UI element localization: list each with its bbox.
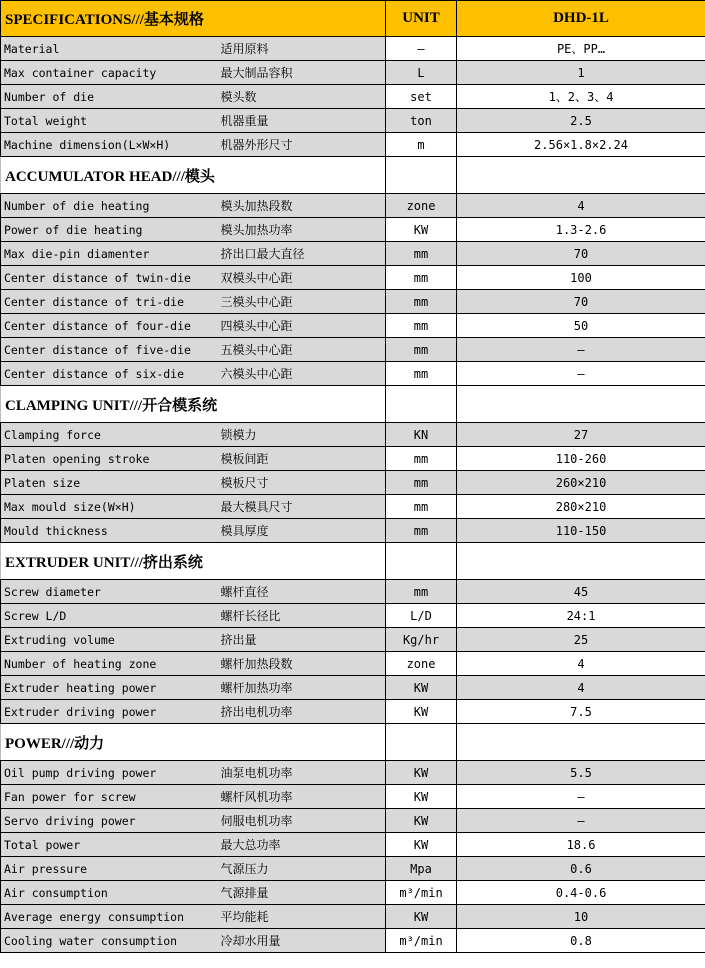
section-title: CLAMPING UNIT///开合模系统	[1, 386, 386, 423]
param-name-en: Platen size	[1, 471, 219, 495]
unit-cell: m	[386, 133, 457, 157]
param-name-en: Extruder driving power	[1, 700, 219, 724]
unit-cell	[386, 157, 457, 194]
param-name-zh: 五模头中心距	[219, 338, 386, 362]
unit-cell: KW	[386, 905, 457, 929]
model-header: DHD-1L	[457, 1, 705, 37]
value-cell	[457, 386, 705, 423]
table-row: Number of die模头数set1、2、3、4	[1, 85, 705, 109]
section-title: POWER///动力	[1, 724, 386, 761]
table-row: Material适用原料—PE、PP…	[1, 37, 705, 61]
table-row: Max die-pin diamenter挤出口最大直径mm70	[1, 242, 705, 266]
table-row: Machine dimension(L×W×H)机器外形尺寸m2.56×1.8×…	[1, 133, 705, 157]
param-name-en: Average energy consumption	[1, 905, 219, 929]
table-row: Clamping force锁模力KN27	[1, 423, 705, 447]
param-name-en: Center distance of five-die	[1, 338, 219, 362]
param-name-en: Platen opening stroke	[1, 447, 219, 471]
table-row: Max container capacity最大制品容积L1	[1, 61, 705, 85]
param-name-en: Number of heating zone	[1, 652, 219, 676]
unit-cell: —	[386, 37, 457, 61]
param-name-zh: 伺服电机功率	[219, 809, 386, 833]
value-cell: 4	[457, 652, 705, 676]
unit-cell	[386, 543, 457, 580]
unit-cell: zone	[386, 652, 457, 676]
param-name-en: Machine dimension(L×W×H)	[1, 133, 219, 157]
unit-cell: KW	[386, 785, 457, 809]
value-cell: 10	[457, 905, 705, 929]
table-row: Average energy consumption平均能耗KW10	[1, 905, 705, 929]
unit-cell: mm	[386, 362, 457, 386]
table-row: Center distance of four-die四模头中心距mm50	[1, 314, 705, 338]
param-name-zh: 螺杆长径比	[219, 604, 386, 628]
value-cell: 27	[457, 423, 705, 447]
param-name-en: Number of die	[1, 85, 219, 109]
value-cell: —	[457, 362, 705, 386]
table-row: Center distance of six-die六模头中心距mm—	[1, 362, 705, 386]
value-cell: 24:1	[457, 604, 705, 628]
param-name-en: Screw diameter	[1, 580, 219, 604]
param-name-en: Material	[1, 37, 219, 61]
value-cell: 0.6	[457, 857, 705, 881]
value-cell: 7.5	[457, 700, 705, 724]
unit-header: UNIT	[386, 1, 457, 37]
value-cell: 25	[457, 628, 705, 652]
table-row: Center distance of twin-die双模头中心距mm100	[1, 266, 705, 290]
value-cell: —	[457, 338, 705, 362]
param-name-zh: 模板尺寸	[219, 471, 386, 495]
table-row: Center distance of tri-die三模头中心距mm70	[1, 290, 705, 314]
unit-cell: KW	[386, 218, 457, 242]
table-row: Servo driving power伺服电机功率KW—	[1, 809, 705, 833]
value-cell: 45	[457, 580, 705, 604]
value-cell: 100	[457, 266, 705, 290]
value-cell: 280×210	[457, 495, 705, 519]
unit-cell: mm	[386, 242, 457, 266]
unit-cell: mm	[386, 314, 457, 338]
unit-cell: set	[386, 85, 457, 109]
unit-cell: ton	[386, 109, 457, 133]
section-header-row: ACCUMULATOR HEAD///模头	[1, 157, 705, 194]
unit-cell: Mpa	[386, 857, 457, 881]
param-name-zh: 挤出量	[219, 628, 386, 652]
param-name-en: Power of die heating	[1, 218, 219, 242]
header-row: SPECIFICATIONS///基本规格 UNIT DHD-1L	[1, 1, 705, 37]
param-name-zh: 锁模力	[219, 423, 386, 447]
value-cell: —	[457, 809, 705, 833]
unit-cell: m³/min	[386, 881, 457, 905]
table-row: Total weight机器重量ton2.5	[1, 109, 705, 133]
param-name-en: Cooling water consumption	[1, 929, 219, 953]
value-cell: 4	[457, 194, 705, 218]
param-name-en: Total power	[1, 833, 219, 857]
table-row: Max mould size(W×H)最大模具尺寸mm280×210	[1, 495, 705, 519]
table-row: Air consumption气源排量m³/min0.4-0.6	[1, 881, 705, 905]
param-name-en: Center distance of twin-die	[1, 266, 219, 290]
table-row: Screw L/D螺杆长径比L/D24:1	[1, 604, 705, 628]
param-name-zh: 螺杆风机功率	[219, 785, 386, 809]
param-name-en: Max die-pin diamenter	[1, 242, 219, 266]
value-cell: PE、PP…	[457, 37, 705, 61]
table-row: Screw diameter螺杆直径mm45	[1, 580, 705, 604]
unit-cell: KW	[386, 761, 457, 785]
unit-cell: mm	[386, 338, 457, 362]
param-name-zh: 螺杆加热功率	[219, 676, 386, 700]
param-name-en: Center distance of four-die	[1, 314, 219, 338]
unit-cell: KW	[386, 833, 457, 857]
unit-cell: L/D	[386, 604, 457, 628]
param-name-zh: 最大总功率	[219, 833, 386, 857]
param-name-zh: 冷却水用量	[219, 929, 386, 953]
section-header-row: CLAMPING UNIT///开合模系统	[1, 386, 705, 423]
value-cell: —	[457, 785, 705, 809]
value-cell: 1.3-2.6	[457, 218, 705, 242]
table-row: Platen opening stroke模板间距mm110-260	[1, 447, 705, 471]
param-name-en: Air consumption	[1, 881, 219, 905]
param-name-zh: 平均能耗	[219, 905, 386, 929]
table-row: Extruding volume挤出量Kg/hr25	[1, 628, 705, 652]
param-name-en: Oil pump driving power	[1, 761, 219, 785]
param-name-zh: 挤出电机功率	[219, 700, 386, 724]
param-name-zh: 三模头中心距	[219, 290, 386, 314]
param-name-en: Extruding volume	[1, 628, 219, 652]
unit-cell: KW	[386, 700, 457, 724]
table-row: Oil pump driving power油泵电机功率KW5.5	[1, 761, 705, 785]
section-title: ACCUMULATOR HEAD///模头	[1, 157, 386, 194]
param-name-zh: 最大模具尺寸	[219, 495, 386, 519]
param-name-zh: 模头加热段数	[219, 194, 386, 218]
param-name-en: Number of die heating	[1, 194, 219, 218]
unit-cell: mm	[386, 447, 457, 471]
table-row: Number of heating zone螺杆加热段数zone4	[1, 652, 705, 676]
unit-cell: mm	[386, 290, 457, 314]
table-row: Extruder heating power螺杆加热功率KW4	[1, 676, 705, 700]
param-name-zh: 机器重量	[219, 109, 386, 133]
unit-cell: zone	[386, 194, 457, 218]
table-row: Total power最大总功率KW18.6	[1, 833, 705, 857]
param-name-zh: 挤出口最大直径	[219, 242, 386, 266]
value-cell: 70	[457, 242, 705, 266]
param-name-zh: 最大制品容积	[219, 61, 386, 85]
param-name-en: Max container capacity	[1, 61, 219, 85]
value-cell	[457, 157, 705, 194]
param-name-en: Center distance of tri-die	[1, 290, 219, 314]
value-cell: 0.4-0.6	[457, 881, 705, 905]
value-cell: 2.5	[457, 109, 705, 133]
param-name-en: Extruder heating power	[1, 676, 219, 700]
specifications-table: SPECIFICATIONS///基本规格 UNIT DHD-1L Materi…	[0, 0, 705, 953]
param-name-en: Screw L/D	[1, 604, 219, 628]
param-name-en: Clamping force	[1, 423, 219, 447]
param-name-zh: 适用原料	[219, 37, 386, 61]
param-name-zh: 气源压力	[219, 857, 386, 881]
unit-cell: mm	[386, 580, 457, 604]
unit-cell	[386, 724, 457, 761]
param-name-en: Air pressure	[1, 857, 219, 881]
param-name-en: Total weight	[1, 109, 219, 133]
unit-cell: Kg/hr	[386, 628, 457, 652]
param-name-zh: 气源排量	[219, 881, 386, 905]
value-cell: 2.56×1.8×2.24	[457, 133, 705, 157]
value-cell: 0.8	[457, 929, 705, 953]
value-cell: 260×210	[457, 471, 705, 495]
value-cell: 110-150	[457, 519, 705, 543]
param-name-zh: 模头加热功率	[219, 218, 386, 242]
unit-cell	[386, 386, 457, 423]
unit-cell: mm	[386, 266, 457, 290]
unit-cell: L	[386, 61, 457, 85]
param-name-zh: 螺杆加热段数	[219, 652, 386, 676]
section-header-row: POWER///动力	[1, 724, 705, 761]
param-name-zh: 模具厚度	[219, 519, 386, 543]
unit-cell: mm	[386, 519, 457, 543]
table-row: Number of die heating模头加热段数zone4	[1, 194, 705, 218]
unit-cell: m³/min	[386, 929, 457, 953]
section-header-row: EXTRUDER UNIT///挤出系统	[1, 543, 705, 580]
value-cell: 70	[457, 290, 705, 314]
param-name-en: Max mould size(W×H)	[1, 495, 219, 519]
param-name-zh: 油泵电机功率	[219, 761, 386, 785]
table-row: Platen size模板尺寸mm260×210	[1, 471, 705, 495]
unit-cell: KW	[386, 676, 457, 700]
param-name-en: Servo driving power	[1, 809, 219, 833]
value-cell: 4	[457, 676, 705, 700]
param-name-zh: 双模头中心距	[219, 266, 386, 290]
table-row: Fan power for screw螺杆风机功率KW—	[1, 785, 705, 809]
param-name-zh: 模头数	[219, 85, 386, 109]
table-row: Mould thickness模具厚度mm110-150	[1, 519, 705, 543]
param-name-en: Fan power for screw	[1, 785, 219, 809]
param-name-zh: 四模头中心距	[219, 314, 386, 338]
section-title: EXTRUDER UNIT///挤出系统	[1, 543, 386, 580]
param-name-zh: 模板间距	[219, 447, 386, 471]
table-row: Center distance of five-die五模头中心距mm—	[1, 338, 705, 362]
value-cell: 5.5	[457, 761, 705, 785]
table-row: Cooling water consumption冷却水用量m³/min0.8	[1, 929, 705, 953]
table-row: Air pressure气源压力Mpa0.6	[1, 857, 705, 881]
table-row: Extruder driving power挤出电机功率KW7.5	[1, 700, 705, 724]
param-name-zh: 六模头中心距	[219, 362, 386, 386]
param-name-zh: 螺杆直径	[219, 580, 386, 604]
value-cell: 50	[457, 314, 705, 338]
value-cell: 1、2、3、4	[457, 85, 705, 109]
param-name-en: Mould thickness	[1, 519, 219, 543]
unit-cell: mm	[386, 471, 457, 495]
value-cell: 18.6	[457, 833, 705, 857]
unit-cell: KW	[386, 809, 457, 833]
table-title: SPECIFICATIONS///基本规格	[1, 1, 386, 37]
value-cell: 110-260	[457, 447, 705, 471]
value-cell	[457, 543, 705, 580]
table-row: Power of die heating模头加热功率KW1.3-2.6	[1, 218, 705, 242]
value-cell: 1	[457, 61, 705, 85]
value-cell	[457, 724, 705, 761]
param-name-en: Center distance of six-die	[1, 362, 219, 386]
unit-cell: KN	[386, 423, 457, 447]
param-name-zh: 机器外形尺寸	[219, 133, 386, 157]
unit-cell: mm	[386, 495, 457, 519]
